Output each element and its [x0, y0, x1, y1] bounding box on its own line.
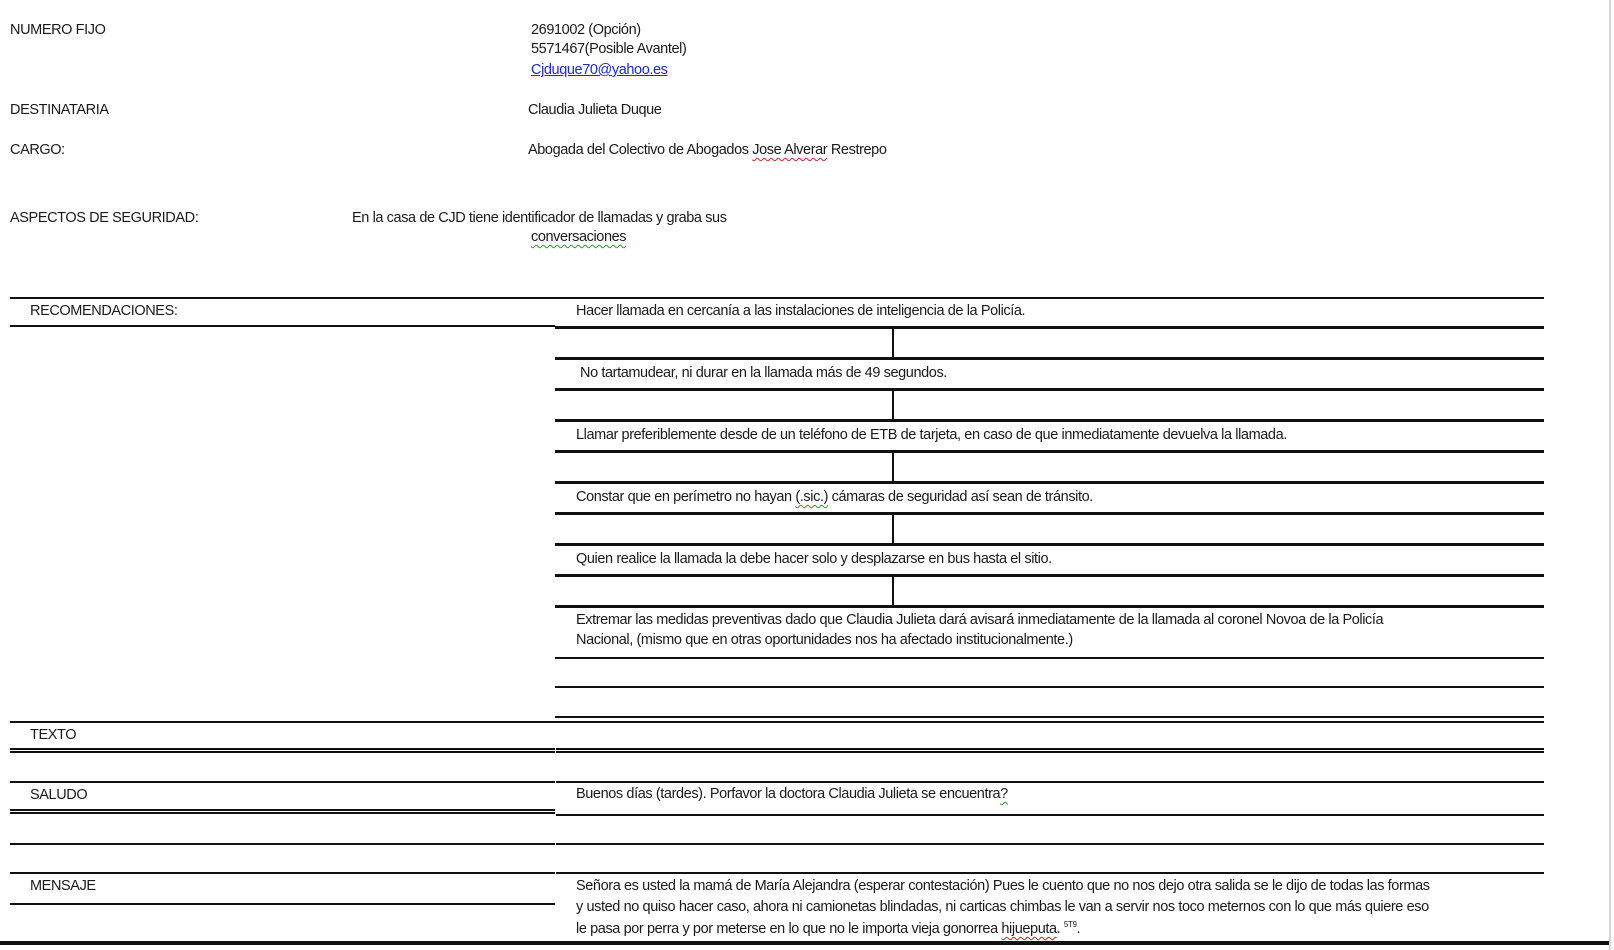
double-rule — [556, 748, 1544, 753]
mensaje-label: MENSAJE — [30, 878, 96, 894]
recomendacion-item-line-1: Extremar las medidas preventivas dado qu… — [576, 612, 1383, 628]
aspectos-line-1: En la casa de CJD tiene identificador de… — [352, 210, 727, 226]
rule — [555, 297, 1544, 299]
rule — [10, 843, 555, 845]
recomendacion-item-line-2: Nacional, (mismo que en otras oportunida… — [576, 632, 1073, 648]
bottom-border — [0, 941, 1609, 945]
numero-fijo-label: NUMERO FIJO — [10, 22, 106, 38]
recomendacion-item: No tartamudear, ni durar en la llamada m… — [580, 365, 947, 381]
rule — [10, 721, 555, 723]
rule — [556, 843, 1544, 845]
rule — [555, 543, 1544, 546]
saludo-text: Buenos días (tardes). Porfavor la doctor… — [576, 786, 1008, 802]
rule — [10, 872, 555, 874]
recomendacion-text-end: cámaras de seguridad así sean de tránsit… — [828, 489, 1093, 505]
cell-divider — [892, 451, 894, 482]
mensaje-text: le pasa por perra y por meterse en lo qu… — [576, 921, 1001, 937]
mensaje-text-sep: . — [1057, 921, 1064, 937]
rule — [555, 357, 1544, 360]
destinataria-label: DESTINATARIA — [10, 102, 109, 118]
mensaje-line-1: Señora es usted la mamá de María Alejand… — [576, 878, 1430, 894]
recomendacion-item: Hacer llamada en cercanía a las instalac… — [576, 303, 1025, 319]
cell-divider — [892, 575, 894, 606]
aspectos-line-2: conversaciones — [531, 229, 626, 245]
numero-fijo-value-1: 2691002 (Opción) — [531, 22, 641, 38]
aspectos-label: ASPECTOS DE SEGURIDAD: — [10, 210, 198, 226]
cell-divider — [892, 389, 894, 420]
mensaje-line-3: le pasa por perra y por meterse en lo qu… — [576, 920, 1080, 937]
rule — [556, 781, 1544, 783]
email-link[interactable]: Cjduque70@yahoo.es — [531, 62, 668, 78]
rule — [10, 325, 555, 327]
double-rule — [10, 809, 555, 814]
rule — [555, 326, 1544, 329]
rule — [555, 450, 1544, 453]
rule — [555, 574, 1544, 577]
page-edge — [1609, 0, 1611, 950]
saludo-label: SALUDO — [30, 787, 87, 803]
recomendaciones-label: RECOMENDACIONES: — [30, 303, 177, 319]
numero-fijo-value-2: 5571467(Posible Avantel) — [531, 41, 686, 57]
double-rule — [10, 748, 555, 753]
recomendacion-text: Constar que en perímetro no hayan — [576, 489, 795, 505]
rule — [555, 721, 1544, 723]
mensaje-flagged-word: hijueputa — [1001, 921, 1056, 937]
rule — [556, 814, 1544, 816]
cargo-text: Abogada del Colectivo de Abogados — [528, 142, 752, 158]
recomendacion-item: Llamar preferiblemente desde de un teléf… — [576, 427, 1287, 443]
destinataria-value: Claudia Julieta Duque — [528, 102, 661, 118]
cell-divider — [892, 513, 894, 544]
saludo-flagged-mark: ? — [1000, 786, 1008, 802]
recomendacion-item: Constar que en perímetro no hayan (.sic.… — [576, 489, 1093, 505]
rule — [10, 903, 555, 905]
mensaje-text-end: . — [1077, 921, 1081, 937]
texto-label: TEXTO — [30, 727, 76, 743]
rule — [10, 297, 555, 299]
cell-divider — [892, 327, 894, 358]
rule — [556, 872, 1544, 874]
cargo-label: CARGO: — [10, 142, 65, 158]
recomendacion-item: Quien realice la llamada la debe hacer s… — [576, 551, 1052, 567]
rule — [555, 388, 1544, 391]
rule — [555, 657, 1544, 659]
saludo-text-body: Buenos días (tardes). Porfavor la doctor… — [576, 786, 1000, 802]
footnote-marker[interactable]: 5T9 — [1064, 920, 1077, 929]
cargo-flagged-word: Jose Alverar — [752, 142, 827, 158]
cargo-text-end: Restrepo — [827, 142, 886, 158]
mensaje-line-2: y usted no quiso hacer caso, ahora ni ca… — [576, 899, 1429, 915]
cargo-value: Abogada del Colectivo de Abogados Jose A… — [528, 142, 887, 158]
rule — [555, 512, 1544, 515]
rule — [555, 686, 1544, 688]
rule — [555, 481, 1544, 484]
rule — [555, 605, 1544, 608]
recomendacion-flagged-word: (.sic.) — [795, 489, 828, 505]
rule — [10, 781, 555, 783]
rule — [555, 419, 1544, 422]
rule — [555, 716, 1544, 718]
